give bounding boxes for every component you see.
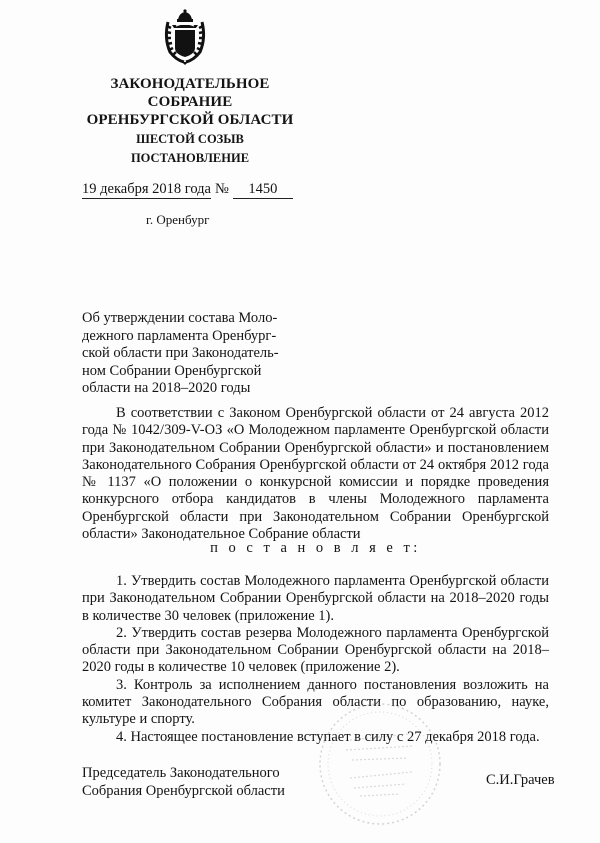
preamble: В соответствии с Законом Оренбургской об… — [82, 405, 549, 543]
organization-name-line-3: ОРЕНБУРГСКОЙ ОБЛАСТИ — [80, 112, 300, 129]
resolves-heading: п о с т а н о в л я е т: — [82, 540, 549, 557]
resolution-item-2: 2. Утвердить состав резерва Молодежного … — [82, 625, 549, 677]
document-page: ЗАКОНОДАТЕЛЬНОЕ СОБРАНИЕ ОРЕНБУРГСКОЙ ОБ… — [0, 0, 600, 843]
number-sign: № — [215, 181, 229, 197]
signatory-position-line-1: Председатель Законодательного — [82, 764, 285, 782]
signatory-position-line-2: Собрания Оренбургской области — [82, 782, 285, 800]
title-line: дежного парламента Оренбург- — [82, 328, 322, 346]
resolution-item-1: 1. Утвердить состав Молодежного парламен… — [82, 573, 549, 625]
organization-name-line-1: ЗАКОНОДАТЕЛЬНОЕ — [80, 76, 300, 93]
city: г. Оренбург — [146, 212, 209, 228]
official-stamp-icon — [316, 700, 444, 828]
signatory-name: С.И.Грачев — [486, 772, 555, 789]
document-header: ЗАКОНОДАТЕЛЬНОЕ СОБРАНИЕ ОРЕНБУРГСКОЙ ОБ… — [80, 0, 300, 170]
document-number: 1450 — [233, 181, 293, 199]
preamble-text: В соответствии с Законом Оренбургской об… — [82, 405, 549, 543]
signatory-position: Председатель Законодательного Собрания О… — [82, 764, 285, 800]
date-and-number: 19 декабря 2018 года№1450 — [82, 181, 293, 199]
document-title: Об утверждении состава Моло- дежного пар… — [82, 310, 322, 398]
organization-name-line-2: СОБРАНИЕ — [80, 94, 300, 111]
convocation: ШЕСТОЙ СОЗЫВ — [80, 132, 300, 147]
title-line: ской области при Законодатель- — [82, 345, 322, 363]
title-line: ном Собрании Оренбургской — [82, 363, 322, 381]
document-type: ПОСТАНОВЛЕНИЕ — [80, 151, 300, 166]
document-date: 19 декабря 2018 года — [82, 181, 211, 199]
title-line: Об утверждении состава Моло- — [82, 310, 322, 328]
title-line: области на 2018–2020 годы — [82, 380, 322, 398]
